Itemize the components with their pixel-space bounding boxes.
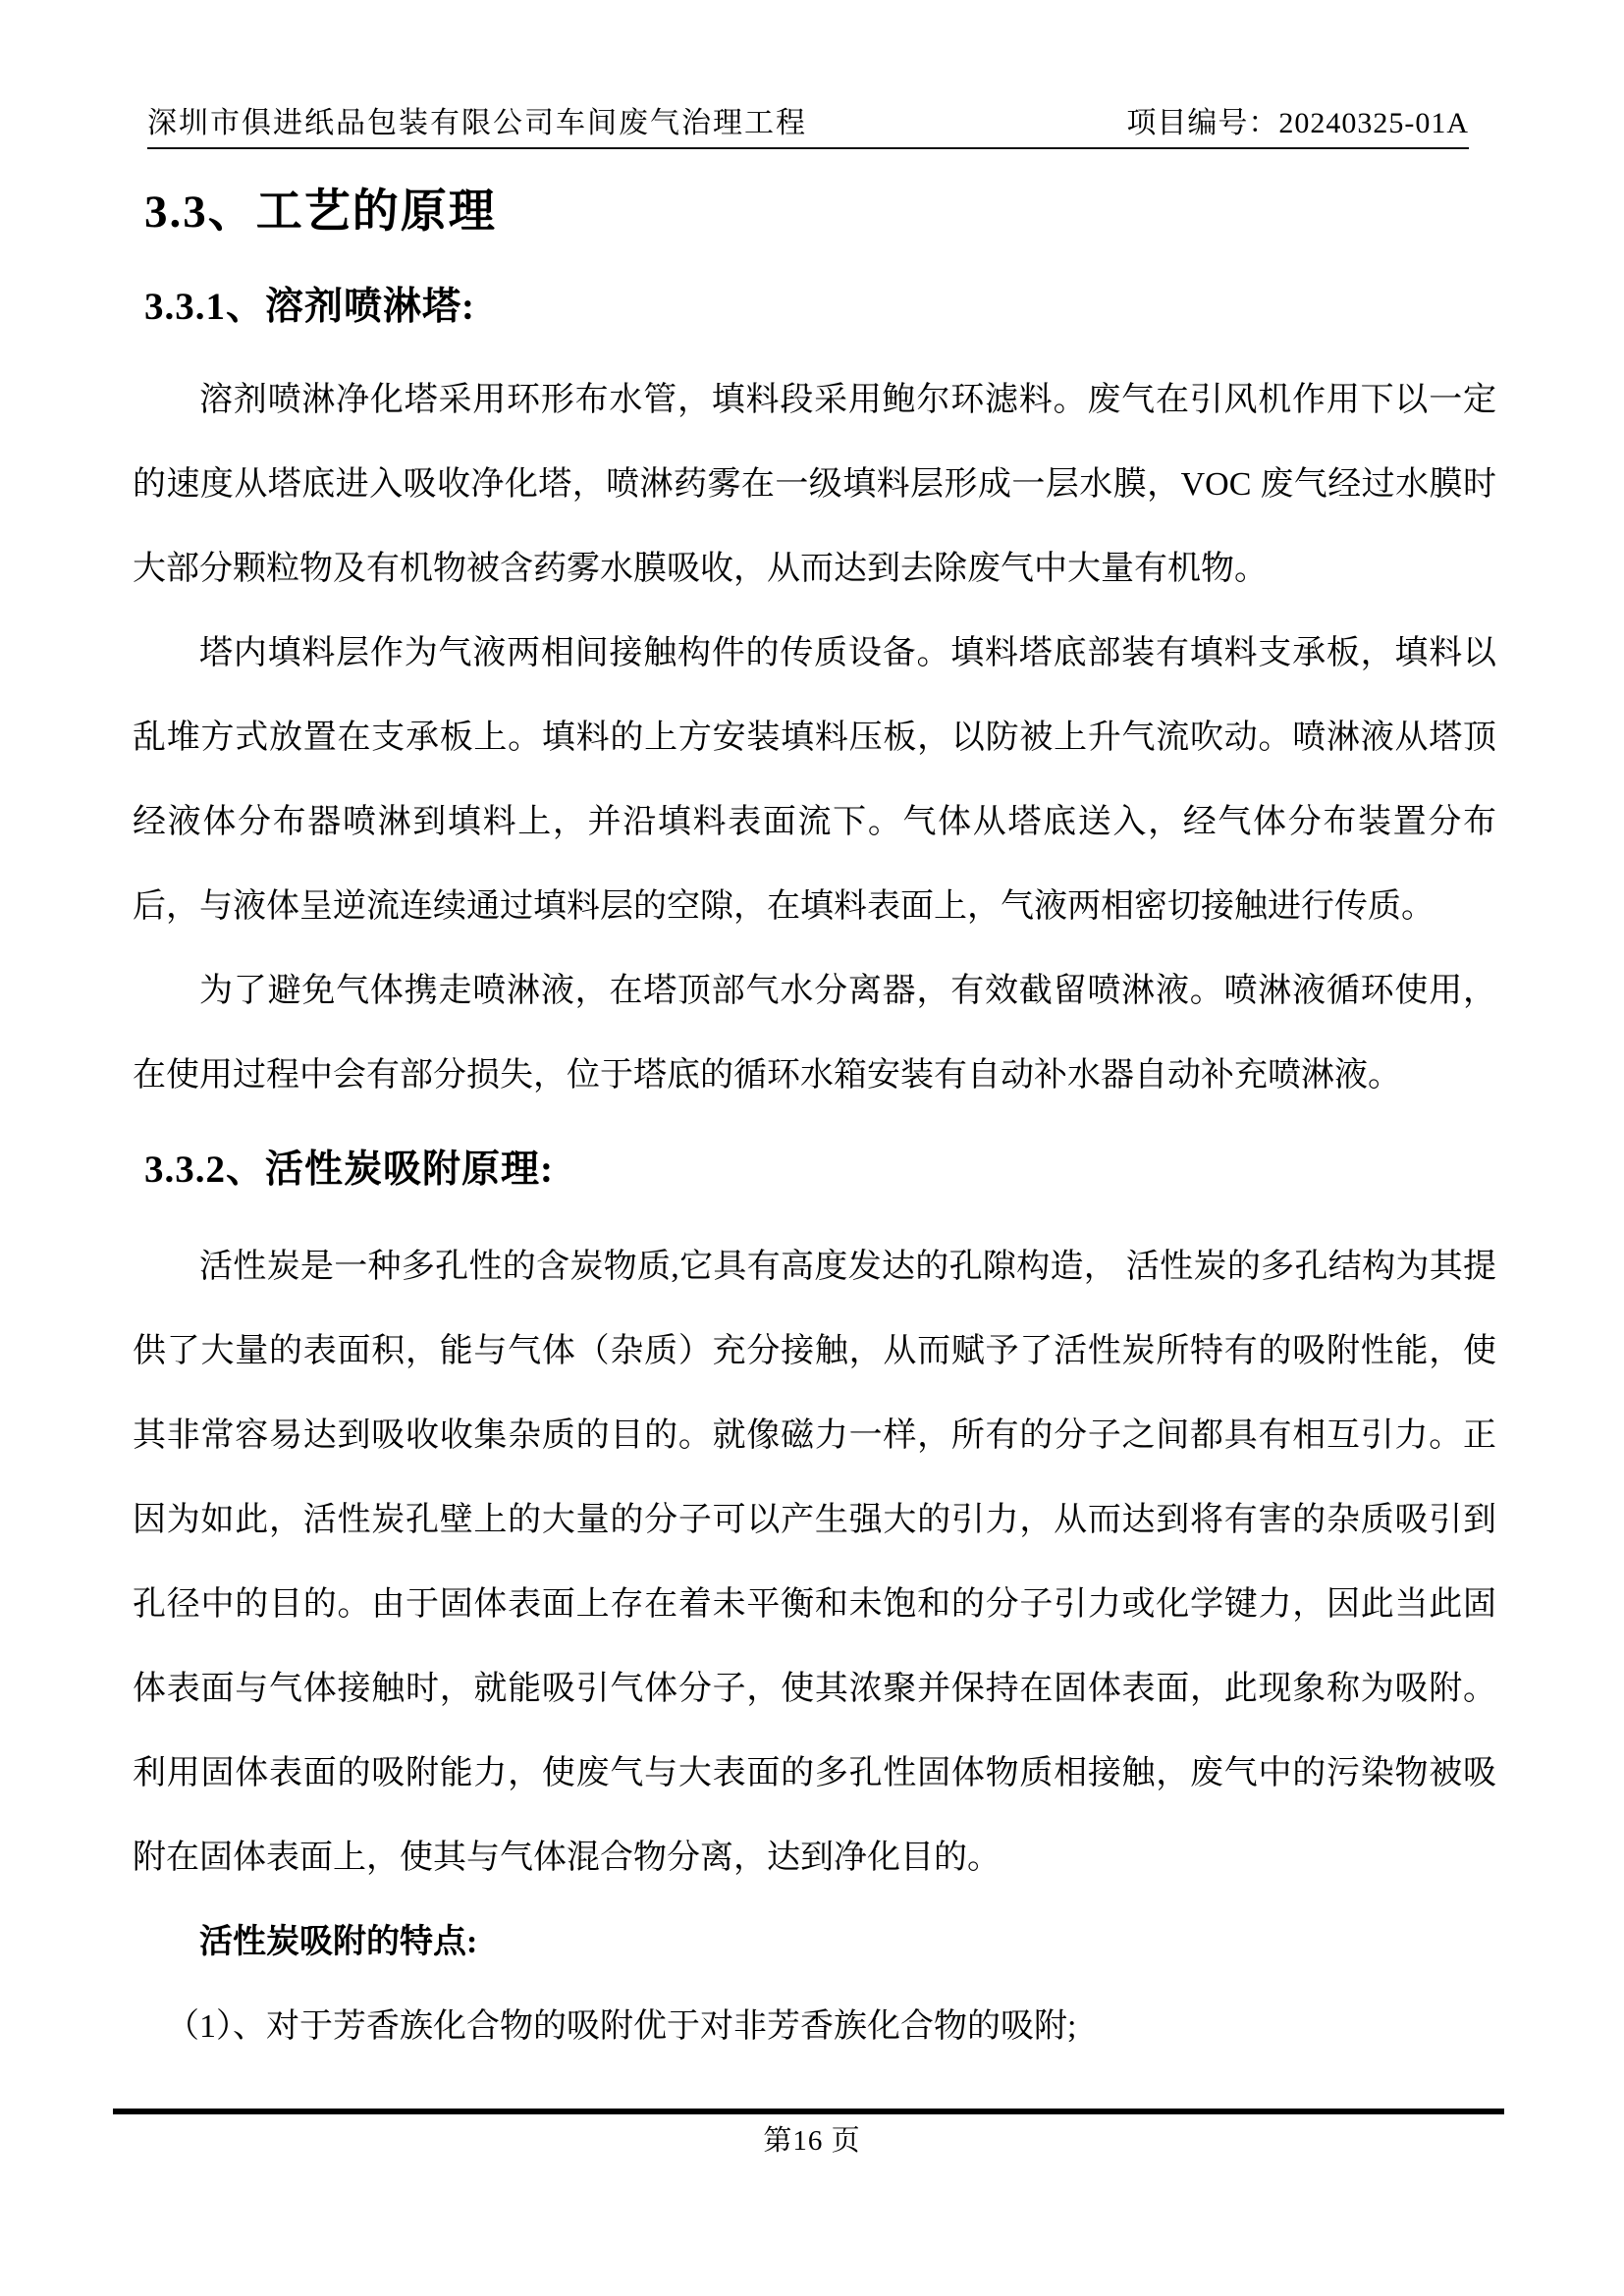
document-body: 3.3、工艺的原理 3.3.1、溶剂喷淋塔: 溶剂喷淋净化塔采用环形布水管，填料… <box>133 0 1496 2069</box>
paragraph-activated-carbon: 活性炭是一种多孔性的含炭物质,它具有高度发达的孔隙构造， 活性炭的多孔结构为其提… <box>133 1225 1496 1900</box>
footer-rule <box>113 2109 1504 2114</box>
paragraph-spray-tower-2: 塔内填料层作为气液两相间接触构件的传质设备。填料塔底部装有填料支承板，填料以乱堆… <box>133 612 1496 949</box>
section-heading-solvent-spray-tower: 3.3.1、溶剂喷淋塔: <box>144 285 1496 331</box>
list-item-aromatic-adsorption: （1）、对于芳香族化合物的吸附优于对非芳香族化合物的吸附; <box>133 1985 1496 2069</box>
subheading-adsorption-features: 活性炭吸附的特点: <box>133 1900 1496 1985</box>
section-heading-activated-carbon: 3.3.2、活性炭吸附原理: <box>144 1148 1496 1194</box>
paragraph-spray-tower-3: 为了避免气体携走喷淋液，在塔顶部气水分离器，有效截留喷淋液。喷淋液循环使用，在使… <box>133 949 1496 1118</box>
document-page: 深圳市俱进纸品包装有限公司车间废气治理工程 项目编号：20240325-01A … <box>0 0 1624 2296</box>
page-number: 第16 页 <box>0 2118 1624 2159</box>
paragraph-spray-tower-1: 溶剂喷淋净化塔采用环形布水管，填料段采用鲍尔环滤料。废气在引风机作用下以一定的速… <box>133 358 1496 612</box>
document-title: 3.3、工艺的原理 <box>144 185 1496 240</box>
